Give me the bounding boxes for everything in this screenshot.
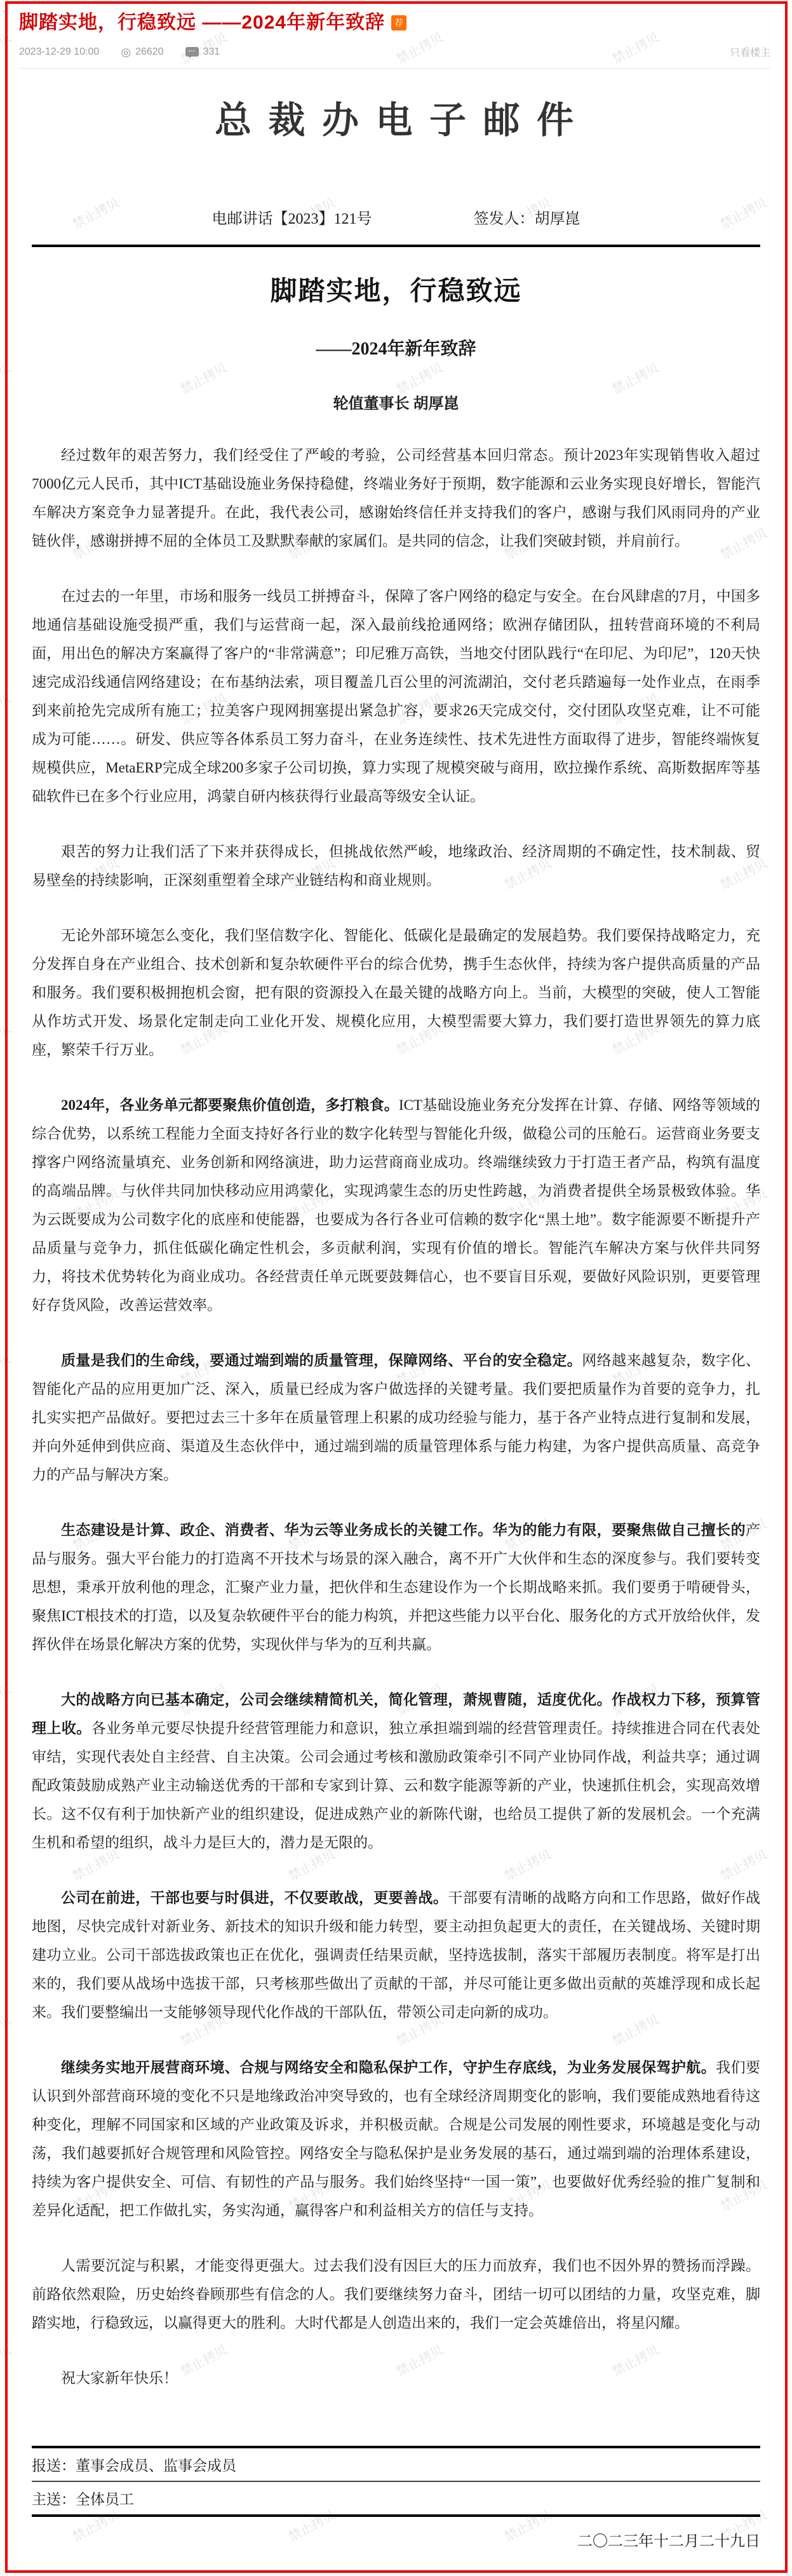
masthead-title: 总 裁 办 电 子 邮 件 [32,90,760,144]
views-icon: ◎ [121,46,131,58]
doc-title: 脚踏实地，行稳致远 [32,270,760,308]
paragraph: 经过数年的艰苦努力，我们经受住了严峻的考验，公司经营基本回归常态。预计2023年… [32,441,760,555]
doc-date: 二〇二三年十二月二十九日 [32,2528,760,2551]
doc-footer: 报送：董事会成员、监事会成员 主送：全体员工 二〇二三年十二月二十九日 [32,2446,760,2576]
paragraph: 祝大家新年快乐！ [32,2364,760,2392]
comments-count: 331 [203,46,220,58]
comments-icon [185,47,199,57]
paragraph: 生态建设是计算、政企、消费者、华为云等业务成长的关键工作。华为的能力有限，要聚焦… [32,1516,760,1659]
page: 禁止拷贝禁止拷贝禁止拷贝禁止拷贝禁止拷贝禁止拷贝禁止拷贝禁止拷贝禁止拷贝禁止拷贝… [0,0,792,2576]
comments-stat[interactable]: 331 [185,46,220,58]
official-document: 总 裁 办 电 子 邮 件 电邮讲话【2023】121号 签发人：胡厚崑 脚踏实… [32,69,760,2576]
doc-number-row: 电邮讲话【2023】121号 签发人：胡厚崑 [32,206,760,228]
doc-subtitle: ——2024年新年致辞 [32,335,760,360]
footer-rule-bottom [32,2514,760,2517]
post-title: 脚踏实地，行稳致远 ——2024年新年致辞 [19,11,385,34]
masthead-rule [32,245,760,247]
paragraph: 艰苦的努力让我们活了下来并获得成长，但挑战依然严峻，地缘政治、经济周期的不确定性… [32,837,760,894]
paragraph: 2024年，各业务单元都要聚焦价值创造，多打粮食。ICT基础设施业务充分发挥在计… [32,1091,760,1319]
paragraph: 在过去的一年里，市场和服务一线员工拼搏奋斗，保障了客户网络的稳定与安全。在台风肆… [32,582,760,811]
body-paragraphs: 经过数年的艰苦努力，我们经受住了严峻的考验，公司经营基本回归常态。预计2023年… [32,441,760,2392]
report-to-line: 报送：董事会成员、监事会成员 [32,2448,760,2481]
post-header: 脚踏实地，行稳致远 ——2024年新年致辞 荐 2023-12-29 10:00… [0,0,792,69]
doc-byline: 轮值董事长 胡厚崑 [32,391,760,413]
paragraph: 质量是我们的生命线，要通过端到端的质量管理，保障网络、平台的安全稳定。网络越来越… [32,1346,760,1489]
author-only-filter[interactable]: 只看楼主 [730,44,770,59]
views-stat: ◎ 26620 [121,46,163,58]
doc-signer: 签发人：胡厚崑 [474,206,581,228]
recommended-badge: 荐 [391,15,406,30]
paragraph: 继续务实地开展营商环境、合规与网络安全和隐私保护工作，守护生存底线，为业务发展保… [32,2053,760,2225]
post-title-row: 脚踏实地，行稳致远 ——2024年新年致辞 荐 [19,11,770,34]
paragraph: 无论外部环境怎么变化，我们坚信数字化、智能化、低碳化是最确定的发展趋势。我们要保… [32,921,760,1064]
paragraph: 大的战略方向已基本确定，公司会继续精简机关，简化管理，萧规曹随，适度优化。作战权… [32,1685,760,1857]
post-meta-row: 2023-12-29 10:00 ◎ 26620 331 只看楼主 [19,44,770,59]
views-count: 26620 [135,46,164,58]
send-to-line: 主送：全体员工 [32,2482,760,2514]
paragraph: 人需要沉淀与积累，才能变得更强大。过去我们没有因巨大的压力而放弃，我们也不因外界… [32,2251,760,2337]
doc-number: 电邮讲话【2023】121号 [212,206,372,228]
paragraph: 公司在前进，干部也要与时俱进，不仅要敢战，更要善战。干部要有清晰的战略方向和工作… [32,1884,760,2026]
post-datetime: 2023-12-29 10:00 [19,46,99,58]
